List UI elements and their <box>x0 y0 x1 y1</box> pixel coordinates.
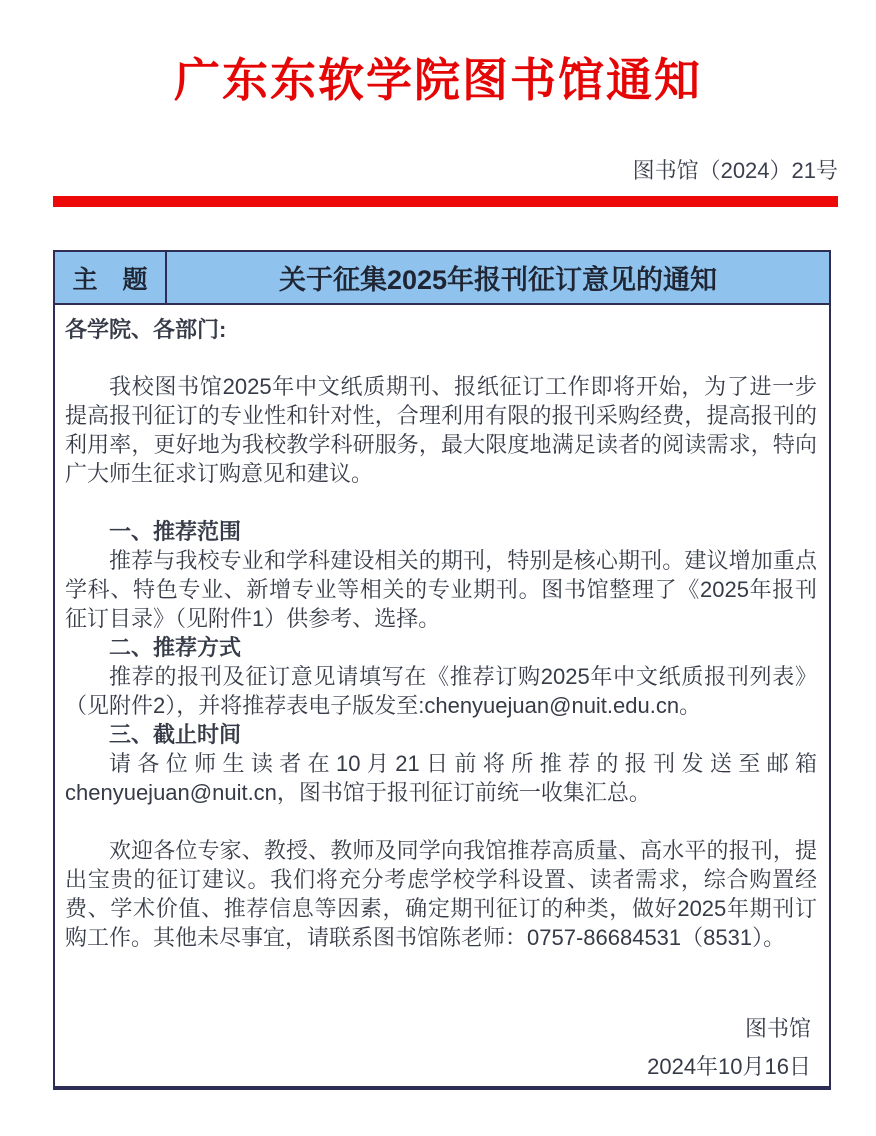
intro-paragraph: 我校图书馆2025年中文纸质期刊、报纸征订工作即将开始，为了进一步提高报刊征订的… <box>65 372 817 488</box>
salutation: 各学院、各部门: <box>65 315 817 344</box>
subject-header-row: 主 题 关于征集2025年报刊征订意见的通知 <box>53 250 831 305</box>
section-3-heading: 三、截止时间 <box>65 720 817 749</box>
document-number: 图书馆（2024）21号 <box>53 158 838 184</box>
section-2-body: 推荐的报刊及征订意见请填写在《推荐订购2025年中文纸质报刊列表》（见附件2），… <box>65 662 817 720</box>
signature-date: 2024年10月16日 <box>65 1048 811 1086</box>
notice-box: 主 题 关于征集2025年报刊征订意见的通知 各学院、各部门: 我校图书馆202… <box>53 250 831 1090</box>
section-1-body: 推荐与我校专业和学科建设相关的期刊，特别是核心期刊。建议增加重点学科、特色专业、… <box>65 546 817 633</box>
red-divider-rule <box>53 196 838 207</box>
subject-title: 关于征集2025年报刊征订意见的通知 <box>167 252 829 303</box>
page-title: 广东东软学院图书馆通知 <box>0 52 876 108</box>
section-2-heading: 二、推荐方式 <box>65 633 817 662</box>
closing-paragraph: 欢迎各位专家、教授、教师及同学向我馆推荐高质量、高水平的报刊，提出宝贵的征订建议… <box>65 836 817 952</box>
subject-label: 主 题 <box>55 252 167 303</box>
signature-block: 图书馆 2024年10月16日 <box>65 1010 817 1086</box>
signature: 图书馆 <box>65 1010 811 1048</box>
notice-body: 各学院、各部门: 我校图书馆2025年中文纸质期刊、报纸征订工作即将开始，为了进… <box>53 305 831 1090</box>
section-1-heading: 一、推荐范围 <box>65 517 817 546</box>
notice-page: 广东东软学院图书馆通知 图书馆（2024）21号 主 题 关于征集2025年报刊… <box>0 0 876 1136</box>
section-3-body: 请各位师生读者在10月21日前将所推荐的报刊发送至邮箱chenyuejuan@n… <box>65 749 817 807</box>
